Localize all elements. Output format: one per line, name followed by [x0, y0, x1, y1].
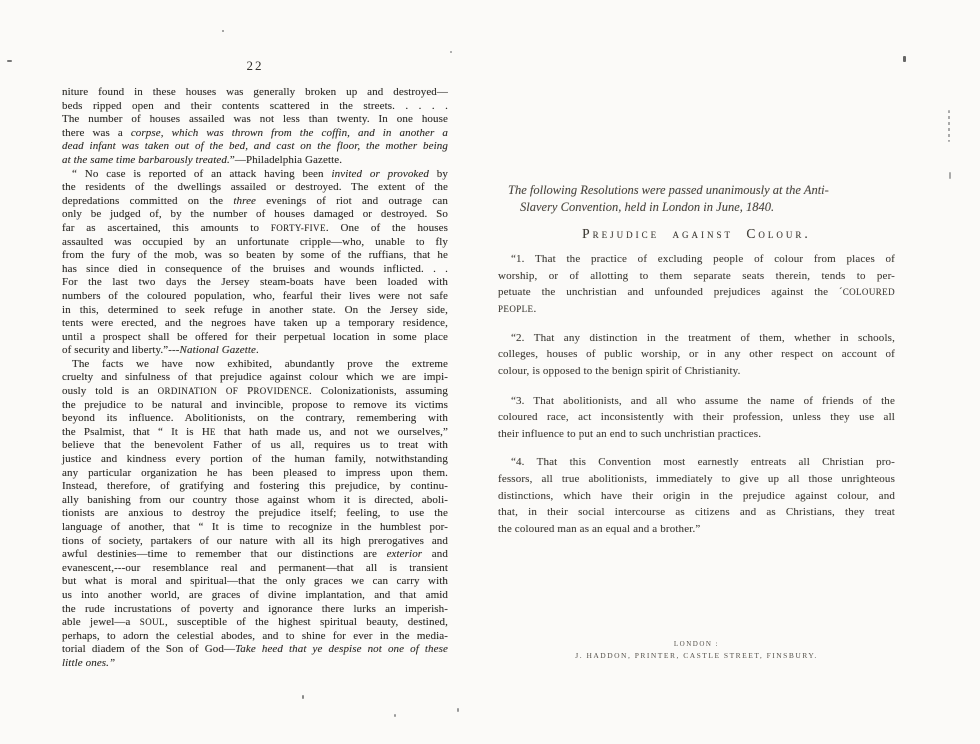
- text-line: “ No case is reported of an attack havin…: [62, 168, 448, 182]
- text-line: tionists are anxious to destroy the prej…: [62, 507, 448, 521]
- page-number: 22: [62, 58, 448, 74]
- text-line: “1. That the practice of excluding peopl…: [498, 251, 895, 268]
- text-line: at the same time barbarously treated.”—P…: [62, 154, 448, 168]
- text-line: only be judged of, by the number of hous…: [62, 208, 448, 222]
- text-line: The following Resolutions were passed un…: [508, 182, 895, 199]
- paragraph-the-facts-exhibited: The facts we have now exhibited, abundan…: [62, 358, 448, 671]
- text-line: until a prospect shall be offered for th…: [62, 331, 448, 345]
- text-line: of security and liberty.”---National Gaz…: [62, 344, 448, 358]
- resolution-2: “2. That any distinction in the treatmen…: [498, 330, 895, 380]
- left-page: 22 niture found in these houses was gene…: [62, 58, 448, 671]
- text-line: language of another, that “ It is time t…: [62, 521, 448, 535]
- text-line: colleges, houses of public worship, or i…: [498, 346, 895, 363]
- text-line: “3. That abolitionists, and all who assu…: [498, 393, 895, 410]
- scan-speck: [222, 30, 224, 32]
- text-line: awful destinies—time to remember that ou…: [62, 548, 448, 562]
- text-line: little ones.”: [62, 657, 448, 671]
- text-line: The facts we have now exhibited, abundan…: [62, 358, 448, 372]
- text-line: beds ripped open and their contents scat…: [62, 100, 448, 114]
- text-line: the coloured man as an equal and a broth…: [498, 521, 895, 538]
- text-line: “2. That any distinction in the treatmen…: [498, 330, 895, 347]
- text-line: their influence to put an end to such un…: [498, 426, 895, 443]
- resolution-3: “3. That abolitionists, and all who assu…: [498, 393, 895, 443]
- text-line: tents were erected, and the negroes have…: [62, 317, 448, 331]
- text-line: beyond its influence. Abolitionists, on …: [62, 412, 448, 426]
- text-line: worship, or of allotting to them separat…: [498, 268, 895, 285]
- text-line: depredations committed on the three even…: [62, 195, 448, 209]
- text-line: ally banishing from our country those ag…: [62, 494, 448, 508]
- text-line: but what is moral and spiritual—that the…: [62, 575, 448, 589]
- text-line: colour, is opposed to the benign spirit …: [498, 363, 895, 380]
- text-line: any particular organization he has been …: [62, 467, 448, 481]
- scan-speck: [949, 172, 951, 179]
- paragraph-no-case-reported: “ No case is reported of an attack havin…: [62, 168, 448, 358]
- text-line: far as ascertained, this amounts to FORT…: [62, 222, 448, 236]
- resolutions-preamble: The following Resolutions were passed un…: [498, 182, 895, 216]
- text-line: petuate the unchristian and unfounded pr…: [498, 284, 895, 301]
- text-line: that, in their social intercourse as cit…: [498, 504, 895, 521]
- scan-speck: [7, 60, 12, 62]
- text-line: evanescent,---our resemblance real and p…: [62, 562, 448, 576]
- printer-imprint: LONDON : J. HADDON, PRINTER, CASTLE STRE…: [498, 640, 895, 660]
- text-line: assaulted was occupied by an unfortunate…: [62, 236, 448, 250]
- text-line: the Psalmist, that “ It is HE that hath …: [62, 426, 448, 440]
- text-line: justice and kindness every portion of th…: [62, 453, 448, 467]
- scan-speck: [394, 714, 396, 717]
- text-line: there was a corpse, which was thrown fro…: [62, 127, 448, 141]
- text-line: the rude incrustations of poverty and ig…: [62, 603, 448, 617]
- text-line: has since died in consequence of the bru…: [62, 263, 448, 277]
- text-line: The number of houses assailed was not le…: [62, 113, 448, 127]
- text-line: the residents of the dwellings assailed …: [62, 181, 448, 195]
- text-line: the prejudice to be natural and invincib…: [62, 399, 448, 413]
- scan-speck: [948, 110, 950, 142]
- text-line: distinctions, which have their origin in…: [498, 488, 895, 505]
- imprint-city: LONDON :: [498, 640, 895, 648]
- text-line: perhaps, to adorn the celestial abodes, …: [62, 630, 448, 644]
- text-line: ously told is an ORDINATION OF PROVIDENC…: [62, 385, 448, 399]
- resolution-1: “1. That the practice of excluding peopl…: [498, 251, 895, 317]
- text-line: able jewel—a SOUL, susceptible of the hi…: [62, 616, 448, 630]
- text-line: For the last two days the Jersey steam-b…: [62, 276, 448, 290]
- scan-speck: [457, 708, 459, 712]
- text-line: numbers of the coloured population, who,…: [62, 290, 448, 304]
- imprint-printer: J. HADDON, PRINTER, CASTLE STREET, FINSB…: [498, 651, 895, 660]
- text-line: from the fury of the mob, was so beaten …: [62, 249, 448, 263]
- text-line: torial diadem of the Son of God—Take hee…: [62, 643, 448, 657]
- book-scan-spread: 22 niture found in these houses was gene…: [0, 0, 980, 744]
- text-line: in this, determined to seek refuge in an…: [62, 304, 448, 318]
- scan-speck: [302, 695, 304, 699]
- paragraph-houses-destroyed: niture found in these houses was general…: [62, 86, 448, 168]
- scan-speck: [450, 51, 452, 53]
- text-line: PEOPLE.: [498, 301, 895, 318]
- scan-speck: [903, 56, 906, 62]
- text-line: fessors, all true abolitionists, immedia…: [498, 471, 895, 488]
- text-line: niture found in these houses was general…: [62, 86, 448, 100]
- text-line: coloured race, act inconsistently with t…: [498, 409, 895, 426]
- text-line: Instead, therefore, of gratifying and fo…: [62, 480, 448, 494]
- text-line: dead infant was taken out of the bed, an…: [62, 140, 448, 154]
- text-line: us into another world, are graces of div…: [62, 589, 448, 603]
- text-line: tions of society, partakers of our natur…: [62, 535, 448, 549]
- resolution-4: “4. That this Convention most earnestly …: [498, 454, 895, 537]
- text-line: cruelty and sinfulness of that prejudice…: [62, 371, 448, 385]
- right-page: The following Resolutions were passed un…: [498, 182, 895, 537]
- text-line: “4. That this Convention most earnestly …: [498, 454, 895, 471]
- text-line: believe that the benevolent Father of us…: [62, 439, 448, 453]
- text-line: Slavery Convention, held in London in Ju…: [508, 199, 895, 216]
- section-heading: Prejudice against Colour.: [498, 226, 895, 242]
